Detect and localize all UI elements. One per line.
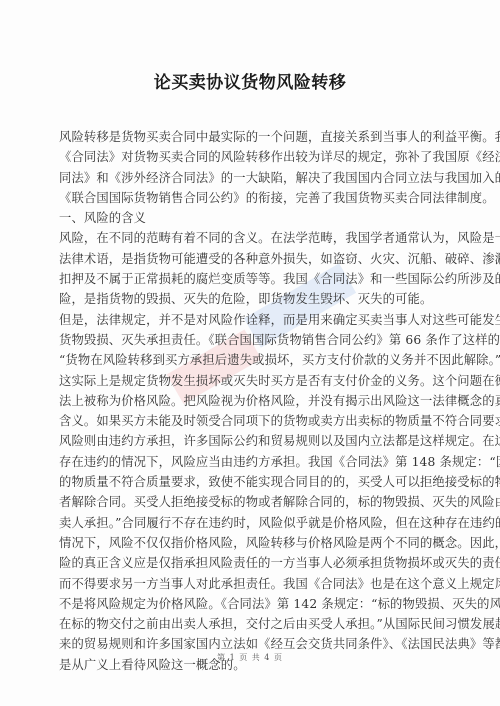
text-line: 在标的物交付之前由出卖人承担，交付之后由买受人承担。”从国际民间习惯发展起 <box>59 614 443 634</box>
text-line: 险的真正含义应是仅指承担风险责任的一方当事人必须承担货物损坏或灭失的责任， <box>59 553 443 573</box>
section-heading: 一、风险的含义 <box>59 208 443 228</box>
text-line: “货物在风险转移到买方承担后遗失或损坏，买方支付价款的义务并不因此解除。” <box>59 350 443 370</box>
text-line: 同法》和《涉外经济合同法》的一大缺陷，解决了我国国内合同立法与我国加入的 <box>59 168 443 188</box>
text-line: 扣押及不属于正常损耗的腐烂变质等等。我国《合同法》和一些国际公约所涉及的风 <box>59 269 443 289</box>
text-line: 的物质量不符合质量要求，致使不能实现合同目的的，买受人可以拒绝接受标的物或 <box>59 472 443 492</box>
text-line: 这实际上是规定货物发生损坏或灭失时买方是否有支付价金的义务。这个问题在德国 <box>59 371 443 391</box>
text-line: 但是，法律规定，并不是对风险作诠释，而是用来确定买卖当事人对这些可能发生的 <box>59 310 443 330</box>
text-line: 法律术语，是指货物可能遭受的各种意外损失，如盗窃、火灾、沉船、破碎、渗漏、 <box>59 249 443 269</box>
text-line: 险，是指货物的毁损、灭失的危险，即货物发生毁坏、灭失的可能。 <box>59 289 443 309</box>
text-line: 风险，在不同的范畴有着不同的含义。在法学范畴，我国学者通常认为，风险是一个 <box>59 228 443 248</box>
document-page: 论买卖协议货物风险转移 风险转移是货物买卖合同中最实际的一个问题，直接关系到当事… <box>0 0 500 706</box>
text-line: 含义。如果买方未能及时领受合同项下的货物或卖方出卖标的物质量不符合同要求， <box>59 411 443 431</box>
document-title: 论买卖协议货物风险转移 <box>0 68 500 93</box>
text-line: 而不得要求另一方当事人对此承担责任。我国《合同法》也是在这个意义上规定风险， <box>59 574 443 594</box>
page-number-footer: 第 1 页 共 4 页 <box>0 652 500 663</box>
text-line: 《联合国国际货物销售合同公约》的衔接，完善了我国货物买卖合同法律制度。 <box>59 188 443 208</box>
document-body: 风险转移是货物买卖合同中最实际的一个问题，直接关系到当事人的利益平衡。我国 《合… <box>59 127 443 675</box>
text-line: 《合同法》对货物买卖合同的风险转移作出较为详尽的规定，弥补了我国原《经济合 <box>59 147 443 167</box>
text-line: 卖人承担。”合同履行不存在违约时，风险似乎就是价格风险，但在这种存在违约的 <box>59 513 443 533</box>
text-line: 货物毁损、灭失承担责任。《联合国国际货物销售合同公约》第 66 条作了这样的表述… <box>59 330 443 350</box>
text-line: 情况下，风险不仅仅指价格风险，风险转移与价格风险是两个不同的概念。因此，风 <box>59 533 443 553</box>
text-line: 不是将风险规定为价格风险。《合同法》第 142 条规定：“标的物毁损、灭失的风险… <box>59 594 443 614</box>
text-line: 风险则由违约方承担，许多国际公约和贸易规则以及国内立法都是这样规定。在这种 <box>59 431 443 451</box>
text-line: 风险转移是货物买卖合同中最实际的一个问题，直接关系到当事人的利益平衡。我国 <box>59 127 443 147</box>
text-line: 存在违约的情况下，风险应当由违约方承担。我国《合同法》第 148 条规定：“因标 <box>59 452 443 472</box>
text-line: 者解除合同。买受人拒绝接受标的物或者解除合同的，标的物毁损、灭失的风险由出 <box>59 492 443 512</box>
text-line: 法上被称为价格风险。把风险视为价格风险，并没有揭示出风险这一法律概念的真正 <box>59 391 443 411</box>
